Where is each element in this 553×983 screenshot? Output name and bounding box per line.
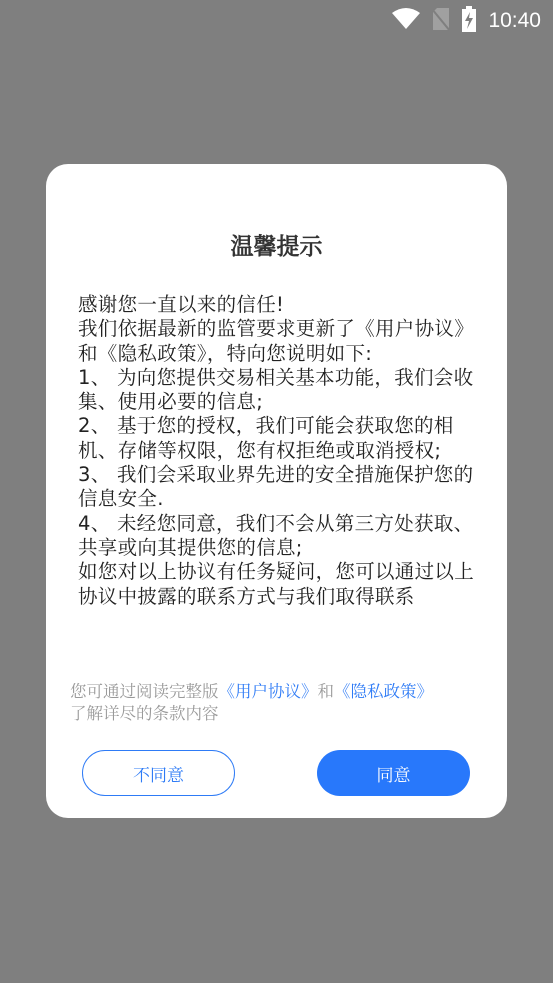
no-sim-icon bbox=[432, 7, 450, 35]
dialog-body-text[interactable]: 感谢您一直以来的信任! 我们依据最新的监管要求更新了《用户协议》和《隐私政策》，… bbox=[78, 293, 476, 665]
footer-note: 您可通过阅读完整版《用户协议》和《隐私政策》了解详尽的条款内容 bbox=[70, 681, 490, 725]
battery-charging-icon bbox=[462, 6, 476, 36]
footer-prefix: 您可通过阅读完整版 bbox=[70, 682, 219, 701]
status-icons: 10:40 bbox=[392, 6, 541, 36]
wifi-icon bbox=[392, 8, 420, 34]
status-time: 10:40 bbox=[488, 9, 541, 33]
footer-suffix: 了解详尽的条款内容 bbox=[70, 704, 219, 723]
status-bar: 10:40 bbox=[0, 0, 553, 38]
agree-button[interactable]: 同意 bbox=[317, 750, 470, 796]
dialog-title: 温馨提示 bbox=[46, 228, 507, 261]
privacy-policy-link[interactable]: 《隐私政策》 bbox=[334, 682, 433, 701]
user-agreement-link[interactable]: 《用户协议》 bbox=[219, 682, 318, 701]
privacy-dialog: 温馨提示 感谢您一直以来的信任! 我们依据最新的监管要求更新了《用户协议》和《隐… bbox=[46, 164, 507, 818]
disagree-button[interactable]: 不同意 bbox=[82, 750, 235, 796]
footer-and: 和 bbox=[318, 682, 335, 701]
